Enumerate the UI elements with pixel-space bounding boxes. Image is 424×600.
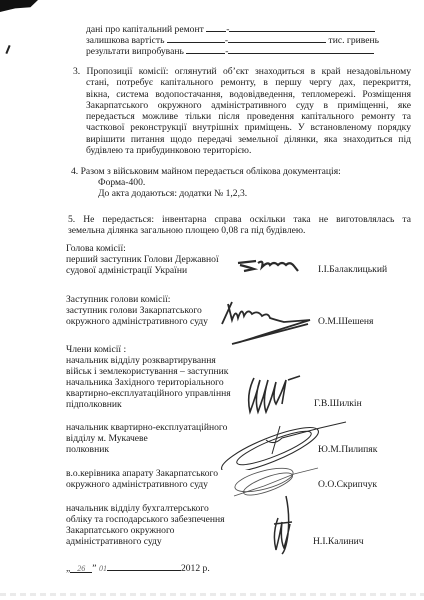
- paragraph-line: 5. Не передається: інвентарна справа оск…: [68, 214, 411, 225]
- signatory-heading-members: Члени комісії :: [66, 344, 126, 355]
- section-3-continuation: стані, потребує капітального ремонту, в …: [86, 77, 411, 156]
- date-quote-close: ”: [92, 563, 96, 574]
- signatory-position: начальник квартирно-експлуатаційного: [66, 422, 227, 433]
- section-5-not-transferred: 5. Не передається: інвентарна справа оск…: [68, 214, 411, 237]
- document-date: „26” 012012 р.: [66, 561, 210, 574]
- blank-line: [229, 22, 375, 32]
- signatory-heading-deputy-chair: Заступник голови комісії:: [66, 294, 170, 305]
- blank-line: [228, 44, 374, 54]
- section-3-commission-proposals: 3. Пропозиції комісії: оглянутий об’єкт …: [73, 66, 411, 77]
- signature-balaklytskyi-icon: [234, 255, 304, 275]
- signature-kalynych-icon: [268, 494, 296, 556]
- signatory-heading-chair: Голова комісії:: [66, 243, 126, 254]
- date-year: 2012 р.: [181, 563, 210, 574]
- section-4-attachments: До акта додаються: додатки № 1,2,3.: [98, 188, 247, 199]
- signatory-name: О.О.Скрипчук: [318, 479, 377, 490]
- signatory-position: начальник відділу розквартирування: [66, 355, 216, 366]
- signatory-position: адміністративного суду: [66, 536, 162, 547]
- blank-line: [167, 33, 225, 43]
- paragraph-line: стані, потребує капітального ремонту, в …: [86, 77, 411, 88]
- paragraph-line: будівлею та прибудинковою територією.: [86, 145, 411, 156]
- signatory-name: І.І.Балаклицький: [318, 264, 387, 275]
- signature-sheshenia-icon: [210, 298, 320, 348]
- blank-line: [228, 33, 326, 43]
- field-test-results: результати випробувань -: [86, 44, 374, 57]
- signatory-name: Н.І.Калинич: [313, 536, 364, 547]
- signatory-position: квартирно-експлуатаційного управління: [66, 388, 231, 399]
- signatory-position: підполковник: [66, 399, 122, 410]
- signatory-position: військ і землекористування – заступник: [66, 366, 228, 377]
- paragraph-line: вікна, система водопостачання, водовідве…: [86, 89, 411, 100]
- section-4-documentation: 4. Разом з військовим майном передається…: [71, 166, 341, 177]
- signatory-position: обліку та господарського забезпечення: [66, 514, 225, 525]
- scan-edge-noise: [0, 593, 424, 596]
- paragraph-line: 3. Пропозиції комісії: оглянутий об’єкт …: [73, 66, 411, 77]
- paragraph-line: Закарпатського окружного адміністративно…: [86, 100, 411, 111]
- signatory-position: начальника Західного територіального: [66, 377, 224, 388]
- signature-shylkin-icon: [244, 374, 308, 418]
- signatory-position: заступник голови Закарпатського: [66, 305, 202, 316]
- signatory-position: окружного адміністративного суду: [66, 479, 208, 490]
- paragraph-line: часткової реконструкції внутрішніх примі…: [86, 122, 411, 133]
- paragraph-line: вирішити питання щодо передачі земельної…: [86, 134, 411, 145]
- signatory-name: О.М.Шешеня: [318, 316, 373, 327]
- date-month: 01: [99, 564, 107, 573]
- signatory-position: судової адміністрації України: [66, 265, 187, 276]
- signatory-position: окружного адміністративного суду: [66, 316, 208, 327]
- blank-line: [186, 44, 225, 54]
- date-month-line: [107, 561, 181, 571]
- signatory-position: в.о.керівника апарату Закарпатського: [66, 468, 218, 479]
- scan-artifact-mark: [5, 45, 10, 54]
- field-label: результати випробувань: [86, 46, 184, 57]
- section-4-form: Форма-400.: [98, 177, 145, 188]
- date-day: 26: [70, 563, 92, 573]
- blank-line: [206, 22, 226, 32]
- signatory-position: Закарпатського окружного: [66, 525, 174, 536]
- paragraph-line: передається можливе тільки після проведе…: [86, 111, 411, 122]
- signatory-position: перший заступник Голови Державної: [66, 254, 219, 265]
- scan-artifact-blot: [0, 0, 38, 12]
- signatory-position: відділу м. Мукачеве: [66, 433, 148, 444]
- signatory-name: Г.В.Шилкін: [314, 398, 362, 409]
- signatory-position: полковник: [66, 444, 109, 455]
- signatory-position: начальник відділу бухгалтерського: [66, 503, 209, 514]
- paragraph-line: земельна ділянка загальною площею 0,08 г…: [68, 225, 411, 236]
